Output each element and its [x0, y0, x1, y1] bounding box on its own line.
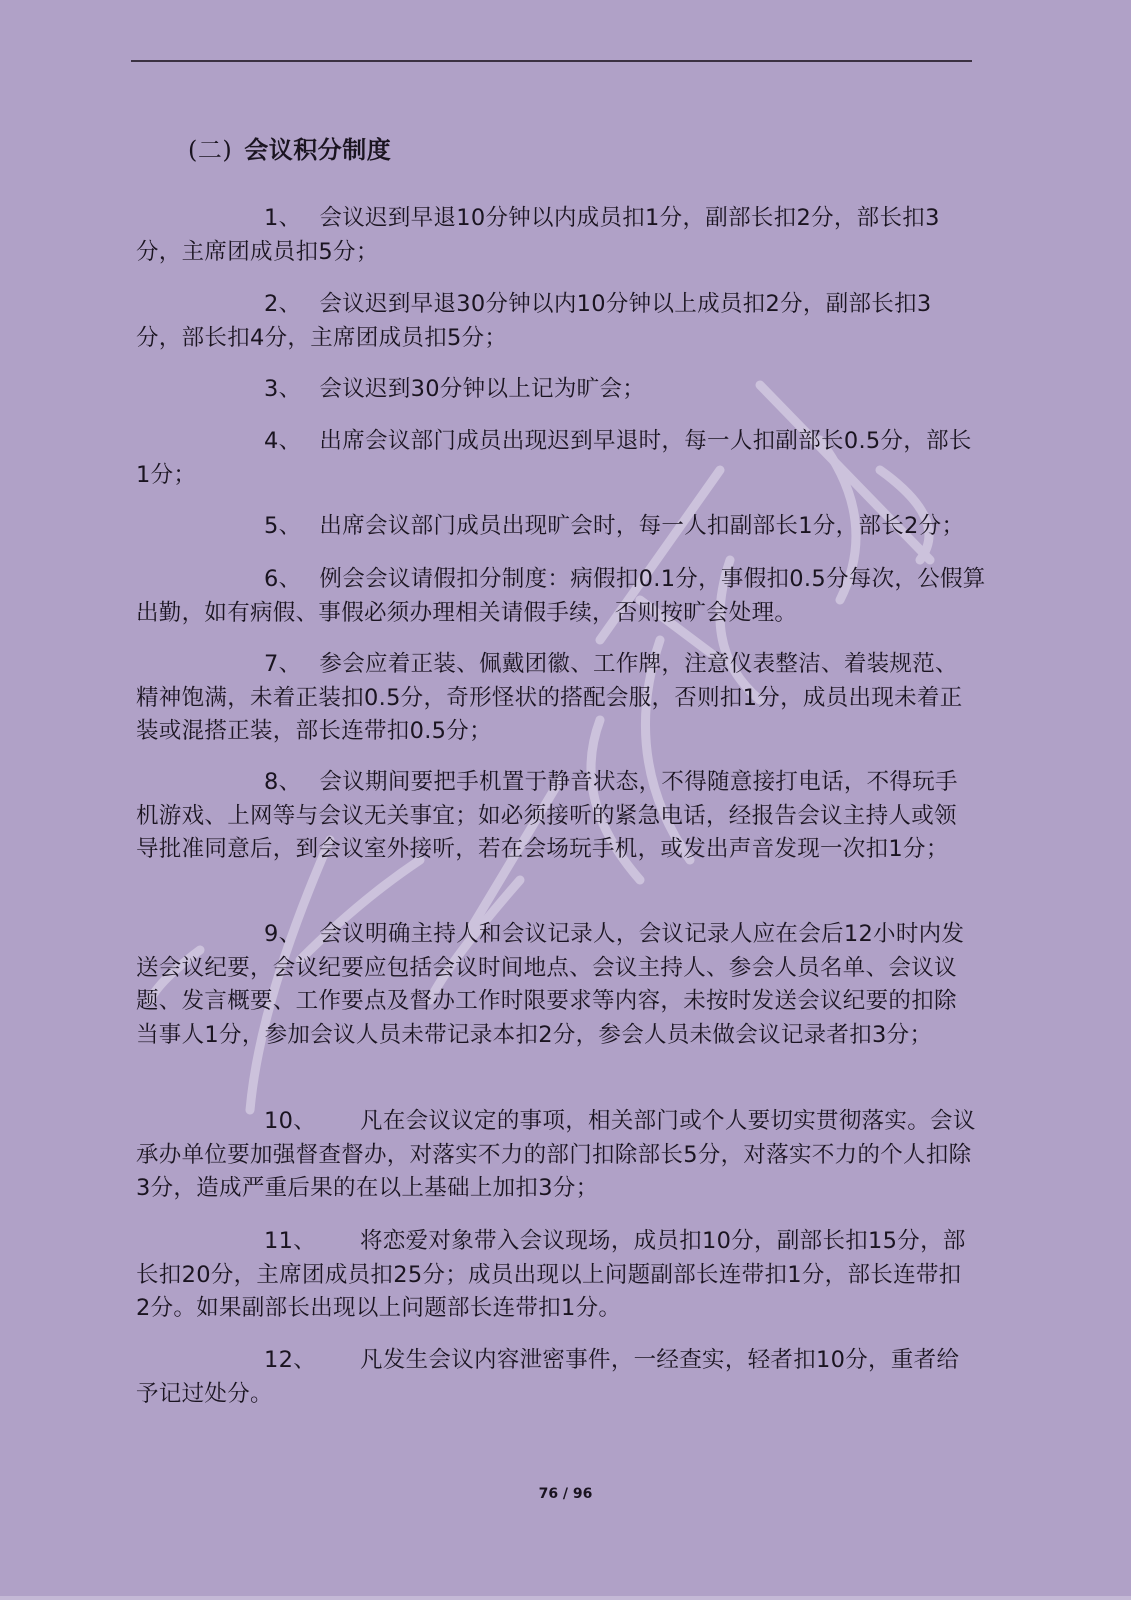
rule-item-1: 1、会议迟到早退10分钟以内成员扣1分，副部长扣2分，部长扣3分，主席团成员扣5… — [136, 202, 976, 269]
item-index: 9、 — [200, 918, 301, 952]
header-rule — [131, 60, 972, 62]
rule-item-6: 6、例会会议请假扣分制度：病假扣0.1分，事假扣0.5分每次，公假算出勤，如有病… — [136, 563, 996, 630]
rule-item-7: 7、参会应着正装、佩戴团徽、工作牌，注意仪表整洁、着装规范、精神饱满，未着正装扣… — [136, 648, 976, 749]
item-text: 出席会议部门成员出现旷会时，每一人扣副部长1分，部长2分； — [319, 513, 964, 539]
rule-item-5: 5、出席会议部门成员出现旷会时，每一人扣副部长1分，部长2分； — [136, 510, 996, 544]
rule-item-2: 2、会议迟到早退30分钟以内10分钟以上成员扣2分，副部长扣3分，部长扣4分，主… — [136, 288, 976, 355]
page-number: 76 / 96 — [0, 1486, 1131, 1502]
item-text: 会议迟到30分钟以上记为旷会； — [319, 376, 645, 402]
section-heading: (二)会议积分制度 — [188, 133, 391, 167]
item-index: 7、 — [200, 648, 301, 682]
item-index: 12、 — [200, 1344, 316, 1378]
rule-item-12: 12、凡发生会议内容泄密事件，一经查实，轻者扣10分，重者给予记过处分。 — [136, 1344, 976, 1411]
rule-item-10: 10、凡在会议议定的事项，相关部门或个人要切实贯彻落实。会议承办单位要加强督查督… — [136, 1105, 976, 1206]
item-index: 8、 — [200, 766, 301, 800]
rule-item-4: 4、出席会议部门成员出现迟到早退时，每一人扣副部长0.5分，部长1分； — [136, 425, 976, 492]
rule-item-3: 3、会议迟到30分钟以上记为旷会； — [136, 373, 976, 407]
item-index: 3、 — [200, 373, 301, 407]
item-index: 10、 — [200, 1105, 316, 1139]
document-page: (二)会议积分制度 1、会议迟到早退10分钟以内成员扣1分，副部长扣2分，部长扣… — [0, 0, 1131, 1600]
rule-item-9: 9、会议明确主持人和会议记录人，会议记录人应在会后12小时内发送会议纪要，会议纪… — [136, 918, 976, 1052]
item-index: 5、 — [200, 510, 301, 544]
page-edge — [0, 1596, 1131, 1600]
section-title: 会议积分制度 — [244, 136, 391, 164]
item-index: 11、 — [200, 1225, 316, 1259]
section-number: (二) — [188, 136, 232, 164]
item-index: 6、 — [200, 563, 301, 597]
item-index: 1、 — [200, 202, 301, 236]
item-index: 4、 — [200, 425, 301, 459]
rule-item-11: 11、将恋爱对象带入会议现场，成员扣10分，副部长扣15分，部长扣20分，主席团… — [136, 1225, 976, 1326]
item-index: 2、 — [200, 288, 301, 322]
rule-item-8: 8、会议期间要把手机置于静音状态，不得随意接打电话，不得玩手机游戏、上网等与会议… — [136, 766, 976, 867]
